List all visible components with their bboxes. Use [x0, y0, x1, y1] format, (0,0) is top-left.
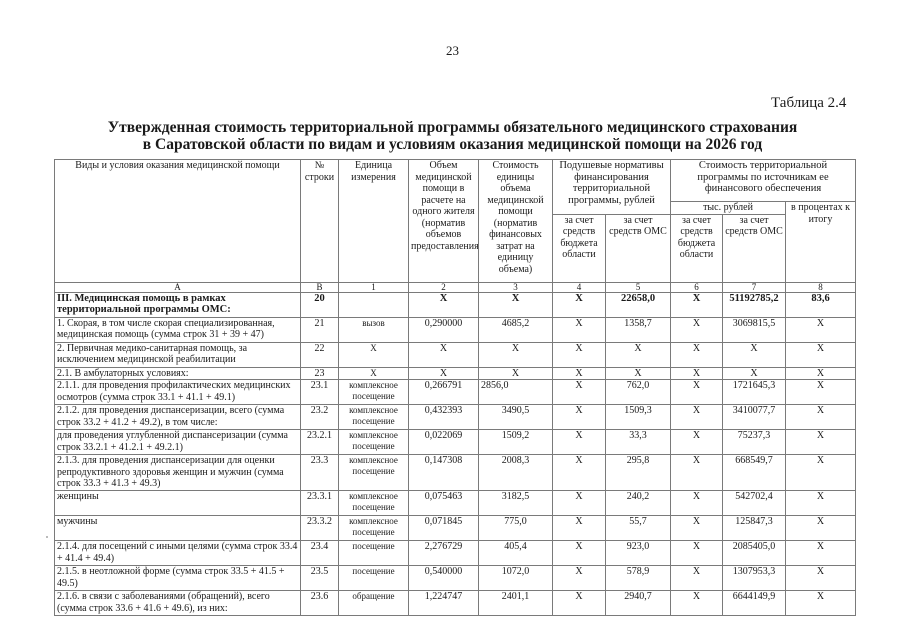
- cell-pc-budget: X: [553, 430, 606, 455]
- header-pc-budget: за счет средств бюджета области: [553, 214, 606, 282]
- cell-row-number: 23.5: [301, 566, 339, 591]
- index-cell: 3: [479, 282, 553, 292]
- cell-row-number: 23.2.1: [301, 430, 339, 455]
- cell-unit: вызов: [339, 317, 409, 342]
- cell-tp-budget: X: [671, 405, 723, 430]
- cell-percent: X: [786, 541, 856, 566]
- cell-unit-cost: 3182,5: [479, 491, 553, 516]
- cell-pc-budget: X: [553, 342, 606, 367]
- cell-row-number: 23.4: [301, 541, 339, 566]
- cell-tp-oms: X: [723, 342, 786, 367]
- index-cell: 1: [339, 282, 409, 292]
- cell-unit: посещение: [339, 566, 409, 591]
- cell-tp-oms: 51192785,2: [723, 292, 786, 317]
- cell-tp-oms: 3410077,7: [723, 405, 786, 430]
- cell-pc-budget: X: [553, 566, 606, 591]
- cell-tp-budget: X: [671, 342, 723, 367]
- index-cell: 6: [671, 282, 723, 292]
- cell-pc-oms: 1509,3: [606, 405, 671, 430]
- cell-unit: комплексное посещение: [339, 380, 409, 405]
- scan-artifact: [46, 536, 48, 538]
- cell-tp-budget: X: [671, 516, 723, 541]
- table-row: 2.1.2. для проведения диспансеризации, в…: [55, 405, 856, 430]
- cell-unit: X: [339, 367, 409, 380]
- cell-unit: комплексное посещение: [339, 455, 409, 491]
- document-title: Утвержденная стоимость территориальной п…: [0, 119, 905, 153]
- cell-percent: X: [786, 516, 856, 541]
- cell-kind: 2.1. В амбулаторных условиях:: [55, 367, 301, 380]
- table-row: 2. Первичная медико-санитарная помощь, з…: [55, 342, 856, 367]
- cell-volume: 0,540000: [409, 566, 479, 591]
- cell-percent: X: [786, 591, 856, 616]
- cell-percent: X: [786, 317, 856, 342]
- cell-volume: 0,022069: [409, 430, 479, 455]
- cell-pc-oms: 33,3: [606, 430, 671, 455]
- header-tp-budget: за счет средств бюджета области: [671, 214, 723, 282]
- header-kinds: Виды и условия оказания медицинской помо…: [55, 160, 301, 283]
- header-row-number: № строки: [301, 160, 339, 283]
- cell-percent: X: [786, 405, 856, 430]
- cell-tp-oms: X: [723, 367, 786, 380]
- cell-tp-budget: X: [671, 491, 723, 516]
- cell-pc-oms: 22658,0: [606, 292, 671, 317]
- cell-pc-budget: X: [553, 367, 606, 380]
- cell-kind: 2.1.5. в неотложной форме (сумма строк 3…: [55, 566, 301, 591]
- cell-unit-cost: 2008,3: [479, 455, 553, 491]
- table-row: 2.1.4. для посещений с иными целями (сум…: [55, 541, 856, 566]
- cell-tp-budget: X: [671, 367, 723, 380]
- cell-unit-cost: 3490,5: [479, 405, 553, 430]
- cell-pc-budget: X: [553, 541, 606, 566]
- cell-tp-oms: 3069815,5: [723, 317, 786, 342]
- index-cell: 5: [606, 282, 671, 292]
- table-row: 2.1.3. для проведения диспансеризации дл…: [55, 455, 856, 491]
- cell-tp-oms: 1721645,3: [723, 380, 786, 405]
- cell-row-number: 21: [301, 317, 339, 342]
- cell-percent: X: [786, 380, 856, 405]
- cell-unit-cost: X: [479, 342, 553, 367]
- cell-unit-cost: 4685,2: [479, 317, 553, 342]
- cell-row-number: 23.6: [301, 591, 339, 616]
- cell-unit: комплексное посещение: [339, 491, 409, 516]
- cell-pc-oms: 55,7: [606, 516, 671, 541]
- cell-tp-budget: X: [671, 591, 723, 616]
- cell-pc-oms: X: [606, 342, 671, 367]
- cell-pc-budget: X: [553, 380, 606, 405]
- cell-volume: X: [409, 367, 479, 380]
- cell-kind: для проведения углубленной диспансеризац…: [55, 430, 301, 455]
- cell-percent: X: [786, 430, 856, 455]
- header-thousand-rub: тыс. рублей: [671, 202, 786, 215]
- cell-volume: 2,276729: [409, 541, 479, 566]
- cell-volume: 0,266791: [409, 380, 479, 405]
- cell-row-number: 23.3.1: [301, 491, 339, 516]
- cell-volume: 0,071845: [409, 516, 479, 541]
- cell-volume: 0,147308: [409, 455, 479, 491]
- cell-percent: 83,6: [786, 292, 856, 317]
- table-row: 2.1.1. для проведения профилактических м…: [55, 380, 856, 405]
- cell-tp-oms: 6644149,9: [723, 591, 786, 616]
- table-row: женщины23.3.1комплексное посещение0,0754…: [55, 491, 856, 516]
- cell-unit-cost: X: [479, 292, 553, 317]
- title-line-1: Утвержденная стоимость территориальной п…: [0, 119, 905, 136]
- cell-kind: 2. Первичная медико-санитарная помощь, з…: [55, 342, 301, 367]
- cell-row-number: 20: [301, 292, 339, 317]
- table-row: 1. Скорая, в том числе скорая специализи…: [55, 317, 856, 342]
- column-index-row: А В 1 2 3 4 5 6 7 8: [55, 282, 856, 292]
- index-cell: 4: [553, 282, 606, 292]
- cell-kind: женщины: [55, 491, 301, 516]
- cell-volume: X: [409, 342, 479, 367]
- index-cell: А: [55, 282, 301, 292]
- page-number: 23: [0, 43, 905, 59]
- table-row: 2.1.5. в неотложной форме (сумма строк 3…: [55, 566, 856, 591]
- cell-unit-cost: 2401,1: [479, 591, 553, 616]
- cell-volume: 0,075463: [409, 491, 479, 516]
- cell-kind: мужчины: [55, 516, 301, 541]
- cell-tp-budget: X: [671, 541, 723, 566]
- header-pc-oms: за счет средств ОМС: [606, 214, 671, 282]
- cell-unit: обращение: [339, 591, 409, 616]
- cell-pc-oms: 2940,7: [606, 591, 671, 616]
- table-body: III. Медицинская помощь в рамках террито…: [55, 292, 856, 616]
- cost-table: Виды и условия оказания медицинской помо…: [54, 159, 856, 616]
- index-cell: 8: [786, 282, 856, 292]
- cell-pc-oms: 923,0: [606, 541, 671, 566]
- cell-pc-budget: X: [553, 317, 606, 342]
- cell-kind: 2.1.4. для посещений с иными целями (сум…: [55, 541, 301, 566]
- title-line-2: в Саратовской области по видам и условия…: [0, 136, 905, 153]
- cell-volume: 1,224747: [409, 591, 479, 616]
- cell-pc-oms: X: [606, 367, 671, 380]
- table-row: III. Медицинская помощь в рамках террито…: [55, 292, 856, 317]
- cell-unit-cost: 1509,2: [479, 430, 553, 455]
- cell-unit: X: [339, 342, 409, 367]
- cell-pc-oms: 295,8: [606, 455, 671, 491]
- index-cell: 2: [409, 282, 479, 292]
- cell-percent: X: [786, 367, 856, 380]
- cell-kind: 2.1.1. для проведения профилактических м…: [55, 380, 301, 405]
- header-volume: Объем медицинской помощи в расчете на од…: [409, 160, 479, 283]
- index-cell: В: [301, 282, 339, 292]
- table-row: 2.1.6. в связи с заболеваниями (обращени…: [55, 591, 856, 616]
- cell-pc-budget: X: [553, 455, 606, 491]
- cell-unit-cost: 2856,0: [479, 380, 553, 405]
- cell-tp-budget: X: [671, 455, 723, 491]
- cell-percent: X: [786, 455, 856, 491]
- cell-tp-oms: 2085405,0: [723, 541, 786, 566]
- cell-percent: X: [786, 491, 856, 516]
- cell-row-number: 23.1: [301, 380, 339, 405]
- header-cost-group: Стоимость территориальной программы по и…: [671, 160, 856, 202]
- cell-unit-cost: 775,0: [479, 516, 553, 541]
- cell-tp-budget: X: [671, 317, 723, 342]
- cell-tp-budget: X: [671, 292, 723, 317]
- cell-pc-budget: X: [553, 591, 606, 616]
- cell-tp-budget: X: [671, 380, 723, 405]
- header-percent: в процентах к итогу: [786, 202, 856, 283]
- cell-row-number: 22: [301, 342, 339, 367]
- cell-tp-oms: 1307953,3: [723, 566, 786, 591]
- cell-unit-cost: 405,4: [479, 541, 553, 566]
- cell-pc-oms: 578,9: [606, 566, 671, 591]
- cell-volume: X: [409, 292, 479, 317]
- cell-pc-oms: 240,2: [606, 491, 671, 516]
- cell-unit-cost: 1072,0: [479, 566, 553, 591]
- cell-unit: [339, 292, 409, 317]
- cell-unit-cost: X: [479, 367, 553, 380]
- cell-percent: X: [786, 566, 856, 591]
- cell-kind: 2.1.6. в связи с заболеваниями (обращени…: [55, 591, 301, 616]
- cell-row-number: 23.3: [301, 455, 339, 491]
- cell-unit: посещение: [339, 541, 409, 566]
- cell-kind: 1. Скорая, в том числе скорая специализи…: [55, 317, 301, 342]
- cell-tp-oms: 668549,7: [723, 455, 786, 491]
- cell-unit: комплексное посещение: [339, 430, 409, 455]
- cell-pc-oms: 1358,7: [606, 317, 671, 342]
- cell-row-number: 23: [301, 367, 339, 380]
- cell-row-number: 23.3.2: [301, 516, 339, 541]
- cell-unit: комплексное посещение: [339, 516, 409, 541]
- cell-kind: III. Медицинская помощь в рамках террито…: [55, 292, 301, 317]
- header-unit-cost: Стоимость единицы объема медицинской пом…: [479, 160, 553, 283]
- index-cell: 7: [723, 282, 786, 292]
- cell-volume: 0,432393: [409, 405, 479, 430]
- cell-row-number: 23.2: [301, 405, 339, 430]
- cell-tp-oms: 75237,3: [723, 430, 786, 455]
- cell-pc-budget: X: [553, 292, 606, 317]
- table-label: Таблица 2.4: [771, 95, 846, 112]
- cell-pc-oms: 762,0: [606, 380, 671, 405]
- cell-pc-budget: X: [553, 405, 606, 430]
- header-per-capita-group: Подушевые нормативы финансирования терри…: [553, 160, 671, 215]
- table-row: 2.1. В амбулаторных условиях:23XXXXXXXX: [55, 367, 856, 380]
- cell-kind: 2.1.2. для проведения диспансеризации, в…: [55, 405, 301, 430]
- cell-unit: комплексное посещение: [339, 405, 409, 430]
- cell-volume: 0,290000: [409, 317, 479, 342]
- cell-pc-budget: X: [553, 491, 606, 516]
- table-row: мужчины23.3.2комплексное посещение0,0718…: [55, 516, 856, 541]
- cell-tp-oms: 125847,3: [723, 516, 786, 541]
- cell-tp-oms: 542702,4: [723, 491, 786, 516]
- table-row: для проведения углубленной диспансеризац…: [55, 430, 856, 455]
- cell-percent: X: [786, 342, 856, 367]
- cell-tp-budget: X: [671, 430, 723, 455]
- cell-kind: 2.1.3. для проведения диспансеризации дл…: [55, 455, 301, 491]
- cell-pc-budget: X: [553, 516, 606, 541]
- header-unit: Единица измерения: [339, 160, 409, 283]
- cell-tp-budget: X: [671, 566, 723, 591]
- header-tp-oms: за счет средств ОМС: [723, 214, 786, 282]
